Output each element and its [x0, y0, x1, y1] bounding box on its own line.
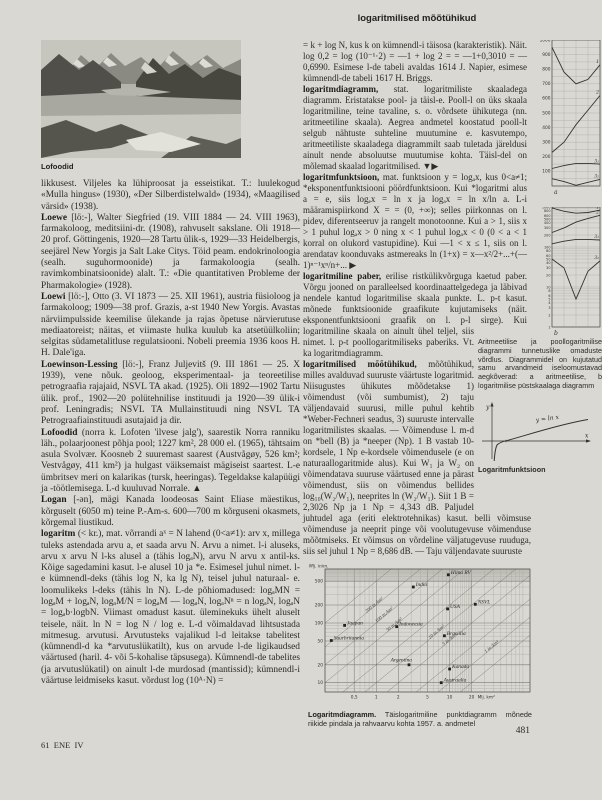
encyclopedia-page: logaritmilised mõõtühikud L	[0, 0, 602, 800]
svg-text:1: 1	[375, 695, 378, 701]
svg-text:400: 400	[544, 221, 550, 225]
svg-text:200: 200	[542, 154, 550, 160]
logfunc-figure: y x y = ln x	[478, 401, 593, 463]
svg-text:700: 700	[542, 81, 550, 87]
svg-text:3₂: 3₂	[594, 174, 599, 180]
entry-lofoodid: Lofoodid (norra k. Lofoten 'ilvese jalg'…	[41, 428, 300, 496]
svg-text:1000: 1000	[540, 40, 551, 43]
svg-text:500: 500	[315, 579, 323, 585]
svg-text:Argentina: Argentina	[390, 657, 413, 663]
svg-text:3₁: 3₁	[594, 234, 599, 240]
svg-text:India: India	[415, 582, 428, 588]
svg-text:NSVL: NSVL	[477, 599, 491, 605]
entry-loewinson-lessing: Loewinson-Lessing [lö:-], Franz Juljevit…	[41, 360, 300, 428]
svg-text:8: 8	[548, 289, 550, 293]
svg-text:400: 400	[542, 125, 550, 131]
signature-mark: 61 ENE IV	[41, 740, 84, 750]
svg-text:200: 200	[315, 603, 323, 609]
svg-text:0,5: 0,5	[351, 695, 358, 701]
svg-text:Indoneesia: Indoneesia	[398, 622, 423, 628]
svg-text:2: 2	[397, 695, 400, 701]
svg-text:Austraalia: Austraalia	[443, 678, 467, 684]
photo-caption: Lofoodid	[41, 162, 300, 171]
logfunc-x-axis-label: x	[585, 432, 589, 439]
logfunc-curve-label: y = ln x	[534, 414, 560, 424]
svg-text:10: 10	[447, 695, 453, 701]
entry-continuation: likkusest. Viljeles ka lühiproosat ja es…	[41, 179, 300, 213]
svg-text:Jaapan: Jaapan	[347, 620, 363, 626]
svg-text:200: 200	[544, 233, 550, 237]
svg-text:80: 80	[546, 249, 550, 253]
svg-text:300: 300	[542, 140, 550, 146]
entry-loewi: Loewi [lö:-], Otto (3. VI 1873 — 25. XII…	[41, 292, 300, 360]
svg-text:300: 300	[544, 226, 550, 230]
svg-text:100: 100	[542, 169, 550, 175]
svg-text:2: 2	[548, 313, 550, 317]
svg-text:4: 4	[548, 301, 550, 305]
charts-ab-caption: Aritmeetilise ja poollogaritmilise diagr…	[478, 338, 602, 391]
right-column: 1000900800700600500400300200100123₁3₂a 1…	[303, 40, 602, 728]
svg-text:800: 800	[542, 67, 550, 73]
svg-text:500: 500	[542, 110, 550, 116]
svg-text:Kanada: Kanada	[451, 664, 469, 670]
svg-text:800: 800	[544, 209, 550, 213]
margin-charts-ab: 1000900800700600500400300200100123₁3₂a 1…	[531, 40, 602, 334]
svg-text:20: 20	[469, 695, 475, 701]
entry-loewe: Loewe [lö:-], Walter Siegfried (19. VIII…	[41, 213, 300, 292]
page-number: 481	[470, 726, 530, 736]
chart-logarithmic-scale: 1000800600500400300200100806050403020108…	[531, 207, 602, 342]
svg-text:3₁: 3₁	[594, 158, 599, 164]
svg-text:Hiina RV: Hiina RV	[450, 570, 472, 576]
svg-text:1: 1	[596, 59, 599, 65]
svg-text:50: 50	[318, 639, 324, 645]
svg-text:3: 3	[548, 306, 550, 310]
svg-text:100 in./km²: 100 in./km²	[374, 605, 395, 624]
svg-text:10: 10	[318, 680, 324, 686]
svg-text:1: 1	[548, 325, 550, 329]
svg-text:20: 20	[318, 662, 324, 668]
chart-arithmetic-scale: 1000900800700600500400300200100123₁3₂a	[531, 40, 602, 201]
lofoten-photo-figure: Lofoodid	[41, 40, 300, 171]
logfunc-y-axis-label: y	[485, 404, 490, 411]
svg-text:USA: USA	[450, 604, 461, 610]
entry-logaritm: logaritm (< kr.), mat. võrrandi aˣ = N l…	[41, 529, 300, 687]
svg-text:600: 600	[542, 96, 550, 102]
svg-text:Mlj. inim.: Mlj. inim.	[309, 564, 329, 570]
svg-text:40: 40	[546, 261, 550, 265]
svg-text:3₂: 3₂	[594, 255, 599, 261]
svg-text:100: 100	[315, 621, 323, 627]
left-column: Lofoodid likkusest. Viljeles ka lühiproo…	[41, 40, 300, 687]
svg-text:900: 900	[542, 52, 550, 58]
loglog-scatter-chart: 200 in./km²100 in./km²50 in./km²10 in./k…	[308, 562, 533, 707]
margin-caption-and-figure: Aritmeetilise ja poollogaritmilise diagr…	[478, 334, 602, 506]
svg-text:2: 2	[595, 90, 599, 96]
svg-text:2: 2	[595, 210, 599, 216]
svg-text:20: 20	[546, 273, 550, 277]
svg-text:Suurbritannia: Suurbritannia	[334, 636, 365, 642]
running-head: logaritmilised mõõtühikud	[303, 13, 531, 24]
svg-text:Brasiilia: Brasiilia	[447, 631, 466, 637]
svg-text:30: 30	[546, 266, 550, 270]
loglog-chart-figure: 200 in./km²100 in./km²50 in./km²10 in./k…	[303, 562, 533, 728]
svg-text:5: 5	[426, 695, 429, 701]
margin-spacer	[531, 506, 602, 550]
entry-logan: Logan [-ən], mägi Kanada loodeosas Saint…	[41, 495, 300, 529]
svg-text:a: a	[554, 189, 558, 196]
logfunc-caption: Logaritmfunktsioon	[478, 466, 602, 475]
svg-text:Mlj. km²: Mlj. km²	[478, 695, 496, 701]
lofoten-photo	[41, 40, 241, 158]
